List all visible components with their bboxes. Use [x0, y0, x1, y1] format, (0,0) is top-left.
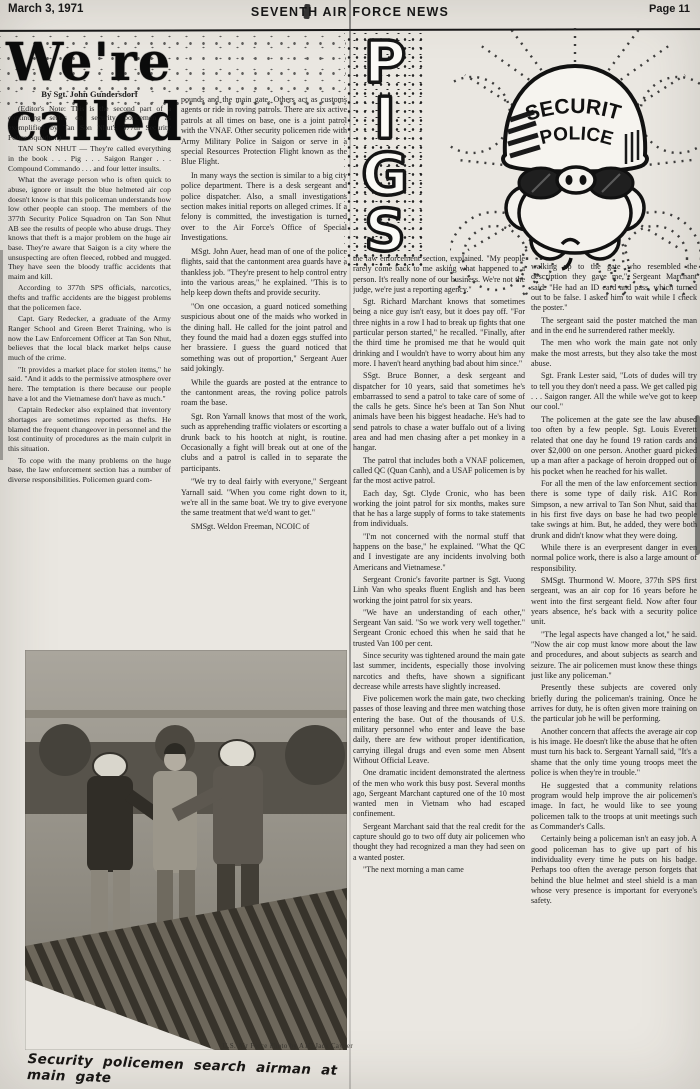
article-paragraph: Another concern that affects the average… — [531, 727, 697, 779]
article-paragraph: MSgt. John Auer, head man of one of the … — [181, 247, 347, 299]
scan-edge-mark — [695, 415, 700, 555]
article-paragraph: "We try to deal fairly with everyone," S… — [181, 477, 347, 519]
article-paragraph: Presently these subjects are covered onl… — [531, 683, 697, 724]
article-paragraph: While the guards are posted at the entra… — [181, 378, 347, 409]
article-paragraph: SMSgt. Thurmond W. Moore, 377th SPS firs… — [531, 576, 697, 628]
article-paragraph: Five policemen work the main gate, two c… — [353, 694, 525, 766]
article-paragraph: One dramatic incident demonstrated the a… — [353, 768, 525, 819]
article-paragraph: Captain Redecker also explained that inv… — [8, 405, 171, 453]
article-paragraph: TAN SON NHUT — They're called everything… — [8, 144, 171, 173]
pig-snout — [557, 167, 595, 193]
pigs-letter: I — [344, 91, 426, 147]
article-paragraph: Each day, Sgt. Clyde Cronic, who has bee… — [353, 489, 525, 530]
page-number: Page 11 — [649, 3, 690, 15]
article-paragraph: Sgt. Frank Lester said, "Lots of dudes w… — [531, 371, 697, 412]
article-column-1: By Sgt. John Gundersdorf (Editor's Note:… — [8, 90, 171, 650]
article-paragraph: "The legal aspects have changed a lot," … — [531, 630, 697, 682]
article-paragraph: For all the men of the law enforcement s… — [531, 479, 697, 541]
article-paragraph: "The next morning a man came — [353, 865, 525, 875]
pigs-vertical-graphic: P I G S — [344, 33, 426, 267]
article-column-3: the law enforcement section, explained. … — [353, 254, 525, 1089]
article-paragraph: the law enforcement section, explained. … — [353, 254, 525, 295]
article-paragraph: Sergeant Marchant said that the real cre… — [353, 822, 525, 863]
article-paragraph: Sergeant Cronic's favorite partner is Sg… — [353, 575, 525, 606]
article-paragraph: Sgt. Richard Marchant knows that sometim… — [353, 297, 525, 369]
byline: By Sgt. John Gundersdorf — [8, 90, 171, 100]
news-photo — [25, 650, 347, 1050]
article-paragraph: SMSgt. Weldon Freeman, NCOIC of — [181, 522, 347, 532]
photo-caption: Security policemen search airman at main… — [27, 1051, 358, 1089]
article-paragraph: He suggested that a community relations … — [531, 781, 697, 833]
article-paragraph: The patrol that includes both a VNAF pol… — [353, 456, 525, 487]
page-fold-crease — [349, 0, 351, 1089]
fold-smudge — [303, 4, 310, 19]
scan-edge-mark — [0, 250, 3, 460]
pigs-letter: S — [344, 203, 426, 259]
photo-illustration — [25, 650, 347, 1050]
article-paragraph: Sgt. Ron Yarnall knows that most of the … — [181, 412, 347, 474]
article-paragraph: "It provides a market place for stolen i… — [8, 365, 171, 404]
newspaper-page: March 3, 1971 SEVENTH AIR FORCE NEWS Pag… — [0, 0, 700, 1089]
article-paragraph: The policemen at the gate see the law ab… — [531, 415, 697, 477]
article-paragraph: The sergeant said the poster matched the… — [531, 316, 697, 337]
article-paragraph: What the average person who is often qui… — [8, 175, 171, 281]
pig-head: SECURITY POLICE — [450, 20, 647, 269]
article-paragraph: "On one occasion, a guard noticed someth… — [181, 302, 347, 375]
article-paragraph: According to 377th SPS officials, narcot… — [8, 283, 171, 312]
article-paragraph: Certainly being a policeman isn't an eas… — [531, 834, 697, 906]
article-paragraph: SSgt. Bruce Bonner, a desk sergeant and … — [353, 371, 525, 453]
article-column-4: walking up to the gate who resembled the… — [531, 262, 697, 1089]
article-paragraph: "I'm not concerned with the normal stuff… — [353, 532, 525, 573]
article-paragraph: While there is an everpresent danger in … — [531, 543, 697, 574]
article-paragraph: (Editor's Note: This is the second part … — [8, 104, 171, 143]
article-paragraph: The men who work the main gate not only … — [531, 338, 697, 369]
article-column-2: pounds and the main gate. Others act as … — [181, 95, 347, 651]
article-paragraph: walking up to the gate who resembled the… — [531, 262, 697, 314]
article-paragraph: In many ways the section is similar to a… — [181, 171, 347, 244]
article-paragraph: Since security was tightened around the … — [353, 651, 525, 692]
pigs-letter: P — [344, 35, 426, 91]
article-paragraph: To cope with the many problems on the hu… — [8, 456, 171, 485]
photo-credit: U.S. Air Force Photo by A1C Jack Cayner — [168, 1043, 353, 1050]
article-paragraph: Capt. Gary Redecker, a graduate of the A… — [8, 314, 171, 362]
pigs-letter: G — [344, 147, 426, 203]
article-paragraph: "We have an understanding of each other,… — [353, 608, 525, 649]
article-paragraph: pounds and the main gate. Others act as … — [181, 95, 347, 168]
